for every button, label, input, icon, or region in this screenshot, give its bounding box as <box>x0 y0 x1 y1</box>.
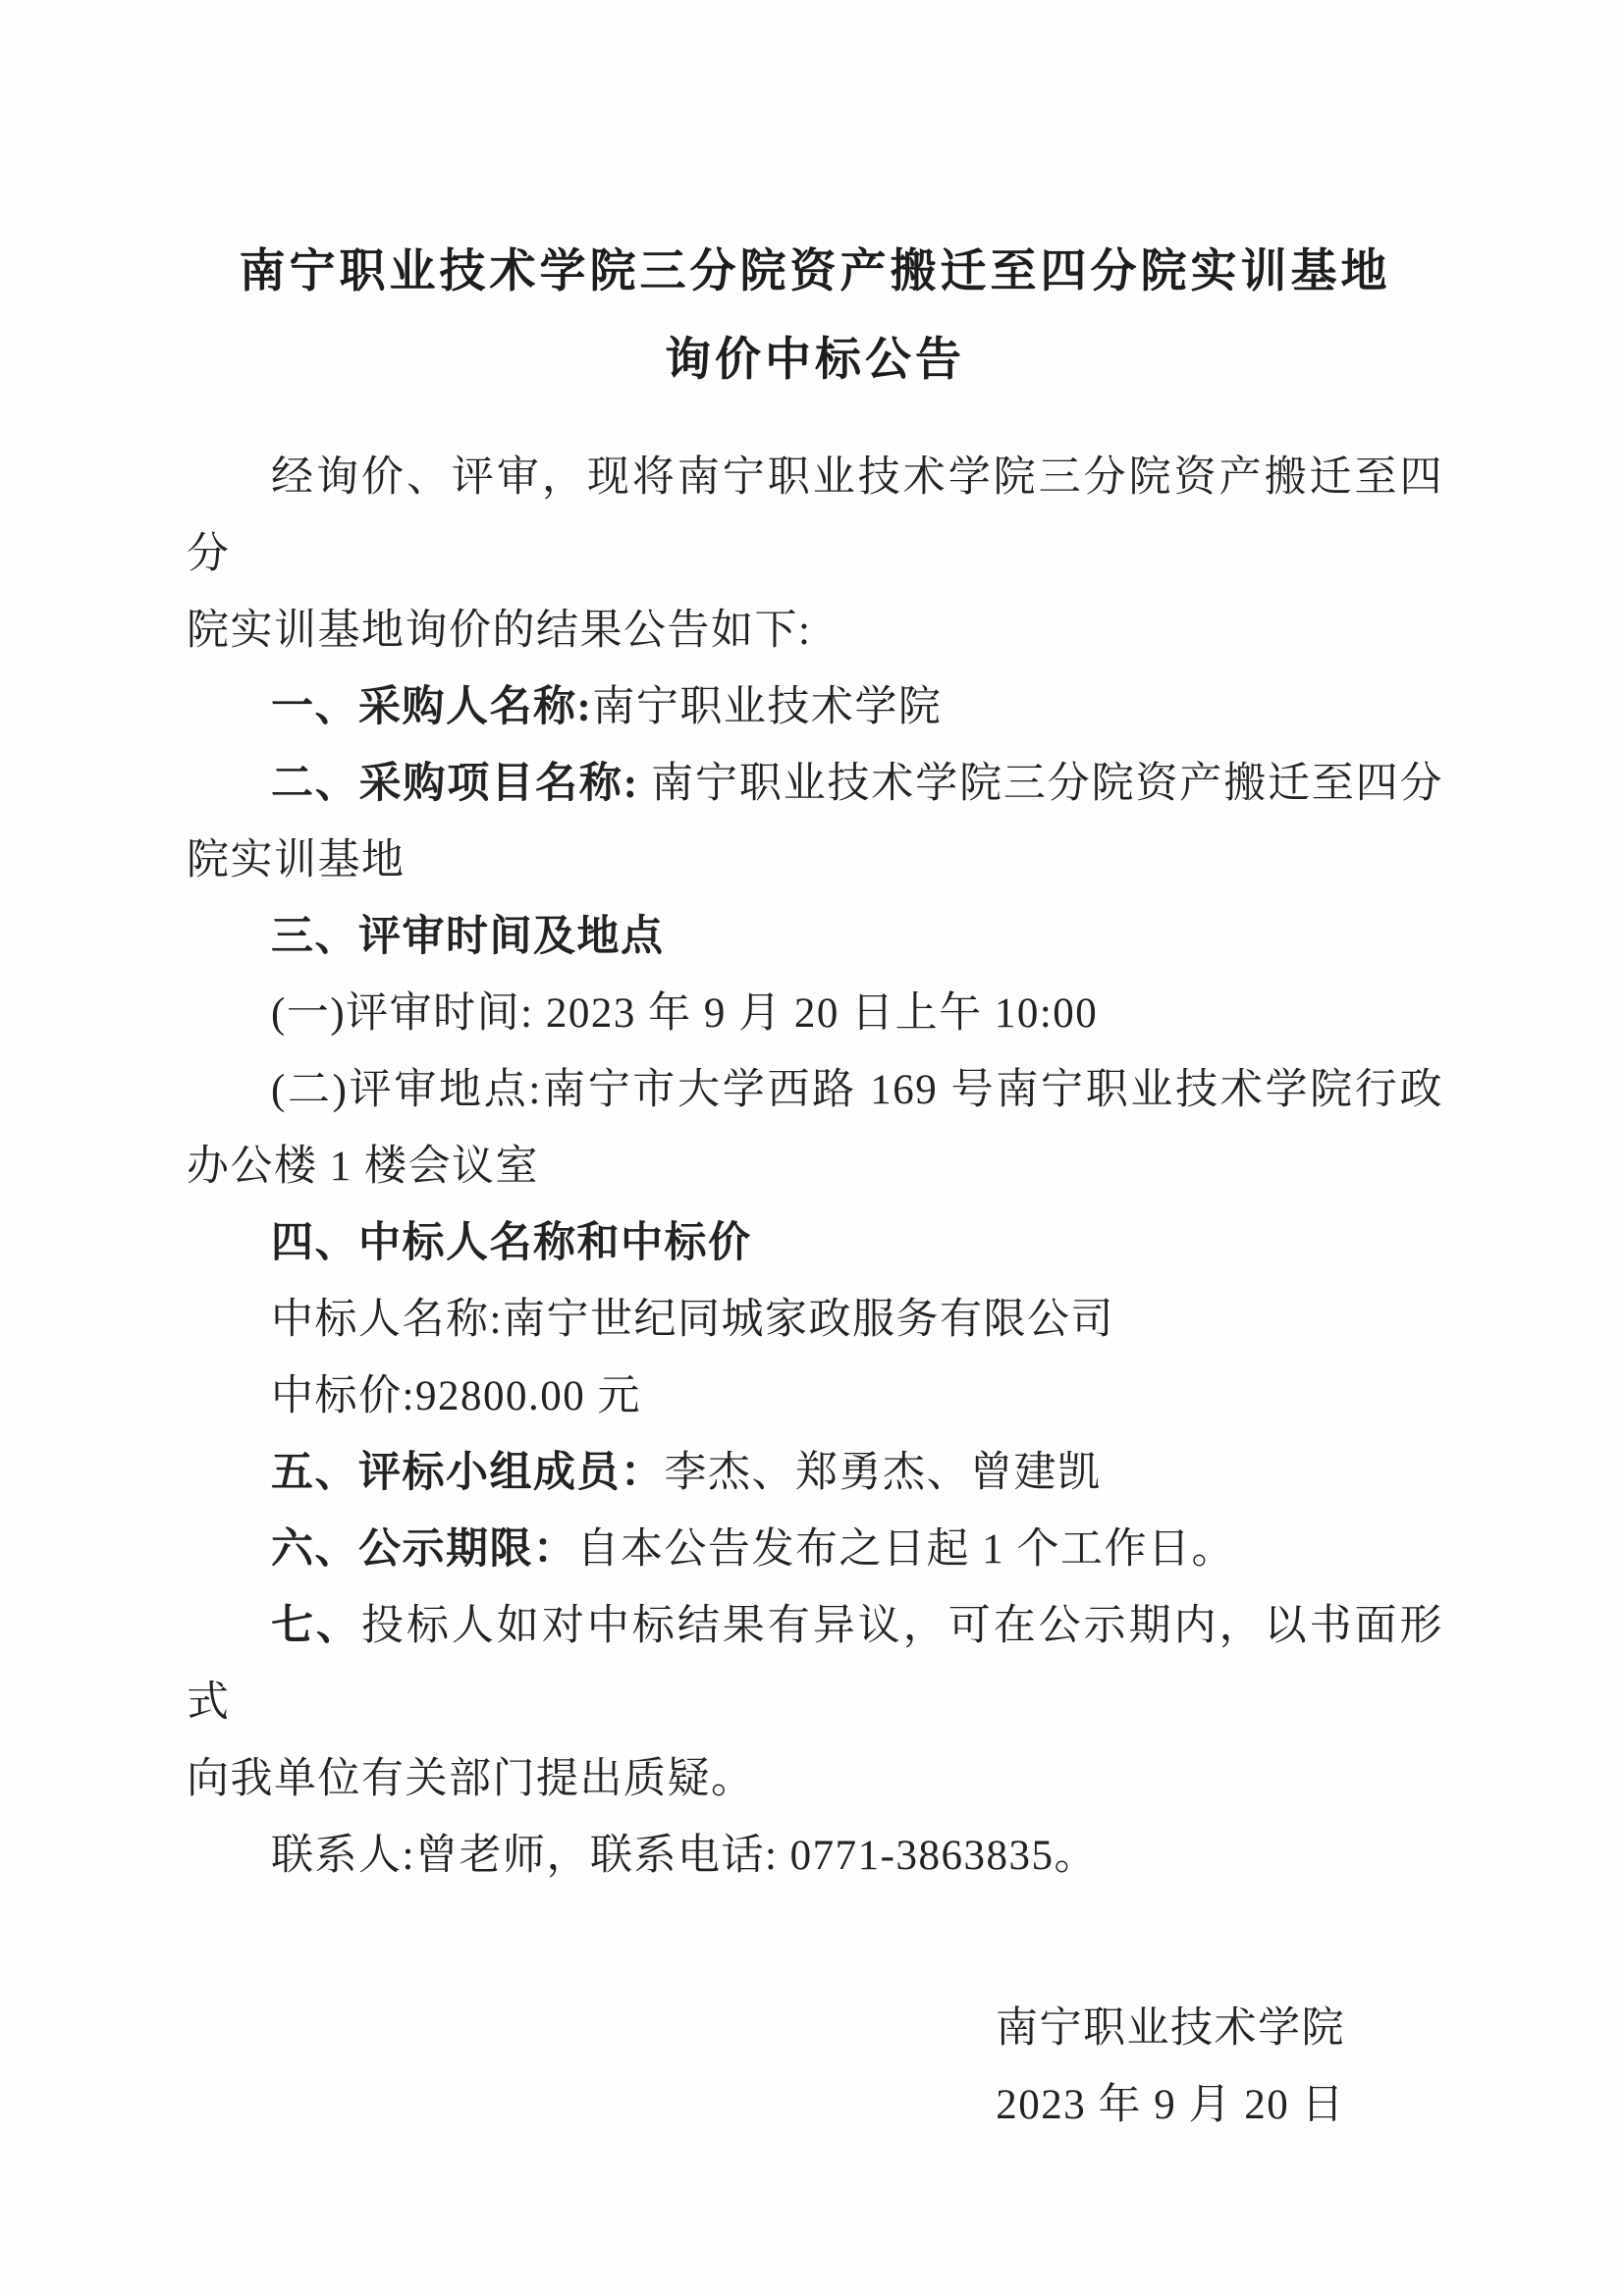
item-7-objection-line-2: 向我单位有关部门提出质疑。 <box>187 1741 1443 1818</box>
item-1-value: 南宁职业技术学院 <box>592 684 942 730</box>
document-page: 南宁职业技术学院三分院资产搬迁至四分院实训基地 询价中标公告 经询价、评审，现将… <box>0 0 1624 2296</box>
contact-line: 联系人:曾老师，联系电话: 0771-3863835。 <box>187 1818 1443 1895</box>
item-6-label: 六、公示期限： <box>271 1526 577 1573</box>
item-6-value: 自本公告发布之日起 1 个工作日。 <box>577 1526 1236 1573</box>
item-5-value: 李杰、郑勇杰、曾建凯 <box>665 1450 1102 1496</box>
item-5-panel: 五、评标小组成员：李杰、郑勇杰、曾建凯 <box>187 1435 1443 1512</box>
intro-line-1: 经询价、评审，现将南宁职业技术学院三分院资产搬迁至四分 <box>187 440 1443 593</box>
document-body: 经询价、评审，现将南宁职业技术学院三分院资产搬迁至四分 院实训基地询价的结果公告… <box>187 440 1443 1895</box>
signature-date: 2023 年 9 月 20 日 <box>187 2067 1345 2144</box>
item-5-label: 五、评标小组成员： <box>271 1450 665 1496</box>
item-2-project-line-1: 二、采购项目名称: 南宁职业技术学院三分院资产搬迁至四分 <box>187 746 1443 823</box>
item-4-heading: 四、中标人名称和中标价 <box>187 1205 1443 1282</box>
item-6-publicity-period: 六、公示期限：自本公告发布之日起 1 个工作日。 <box>187 1512 1443 1588</box>
item-3-label: 三、评审时间及地点 <box>271 914 665 960</box>
item-2-project-line-2: 院实训基地 <box>187 823 1443 899</box>
signature-org: 南宁职业技术学院 <box>187 1991 1345 2067</box>
document-content: 南宁职业技术学院三分院资产搬迁至四分院实训基地 询价中标公告 经询价、评审，现将… <box>187 228 1443 2144</box>
item-3-heading: 三、评审时间及地点 <box>187 899 1443 976</box>
title-line-1: 南宁职业技术学院三分院资产搬迁至四分院实训基地 <box>187 228 1443 316</box>
item-3-review-place-line-1: (二)评审地点:南宁市大学西路 169 号南宁职业技术学院行政 <box>187 1052 1443 1129</box>
item-7-value-line-1: 投标人如对中标结果有异议，可在公示期内，以书面形式 <box>187 1603 1443 1726</box>
item-2-value-line-1: 南宁职业技术学院三分院资产搬迁至四分 <box>639 761 1443 807</box>
document-title: 南宁职业技术学院三分院资产搬迁至四分院实训基地 询价中标公告 <box>187 228 1443 404</box>
item-1-purchaser: 一、采购人名称:南宁职业技术学院 <box>187 669 1443 746</box>
signature-block: 南宁职业技术学院 2023 年 9 月 20 日 <box>187 1991 1443 2144</box>
item-1-label: 一、采购人名称: <box>271 684 592 730</box>
item-3-review-place-line-2: 办公楼 1 楼会议室 <box>187 1129 1443 1205</box>
item-4-winner: 中标人名称:南宁世纪同城家政服务有限公司 <box>187 1282 1443 1359</box>
item-7-objection-line-1: 七、投标人如对中标结果有异议，可在公示期内，以书面形式 <box>187 1588 1443 1741</box>
title-line-2: 询价中标公告 <box>187 316 1443 404</box>
item-2-label: 二、采购项目名称: <box>271 761 639 807</box>
intro-line-2: 院实训基地询价的结果公告如下: <box>187 593 1443 669</box>
item-4-label: 四、中标人名称和中标价 <box>271 1220 752 1266</box>
item-7-label: 七、 <box>271 1603 361 1649</box>
item-3-review-time: (一)评审时间: 2023 年 9 月 20 日上午 10:00 <box>187 976 1443 1052</box>
item-4-price: 中标价:92800.00 元 <box>187 1359 1443 1435</box>
